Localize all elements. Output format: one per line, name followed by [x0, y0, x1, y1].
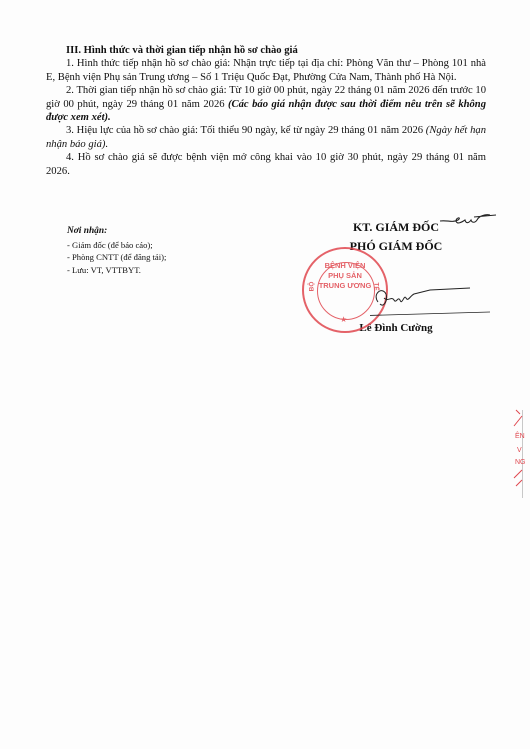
svg-text:ÊN: ÊN: [515, 431, 525, 440]
item-1: 1. Hình thức tiếp nhận hồ sơ chào giá: N…: [46, 57, 486, 84]
section-body: III. Hình thức và thời gian tiếp nhận hồ…: [46, 44, 486, 178]
item-4: 4. Hồ sơ chào giá sẽ được bệnh viện mở c…: [46, 151, 486, 178]
recipient-item: - Lưu: VT, VTTBYT.: [67, 264, 166, 277]
item-3: 3. Hiệu lực của hồ sơ chào giá: Tối thiể…: [46, 124, 486, 151]
stamp-left-text: BỘ: [308, 282, 315, 292]
section-heading: III. Hình thức và thời gian tiếp nhận hồ…: [46, 44, 486, 57]
partial-stamp-icon: ÊN V NG: [512, 408, 530, 488]
stamp-line-1: BỆNH VIỆN: [304, 261, 386, 271]
svg-text:V: V: [517, 447, 522, 454]
initial-signature-icon: [438, 211, 498, 229]
svg-text:NG: NG: [515, 459, 526, 466]
star-icon: ★: [340, 315, 347, 324]
recipients-title: Nơi nhận:: [67, 225, 166, 238]
handwritten-signature-icon: [370, 280, 510, 320]
recipient-item: - Phòng CNTT (để đăng tải);: [67, 251, 166, 264]
document-page: III. Hình thức và thời gian tiếp nhận hồ…: [0, 0, 530, 749]
item-3-text: 3. Hiệu lực của hồ sơ chào giá: Tối thiể…: [66, 125, 426, 136]
recipients-block: Nơi nhận: - Giám đốc (để báo cáo); - Phò…: [67, 225, 166, 276]
item-2: 2. Thời gian tiếp nhận hồ sơ chào giá: T…: [46, 84, 486, 124]
recipient-item: - Giám đốc (để báo cáo);: [67, 239, 166, 252]
